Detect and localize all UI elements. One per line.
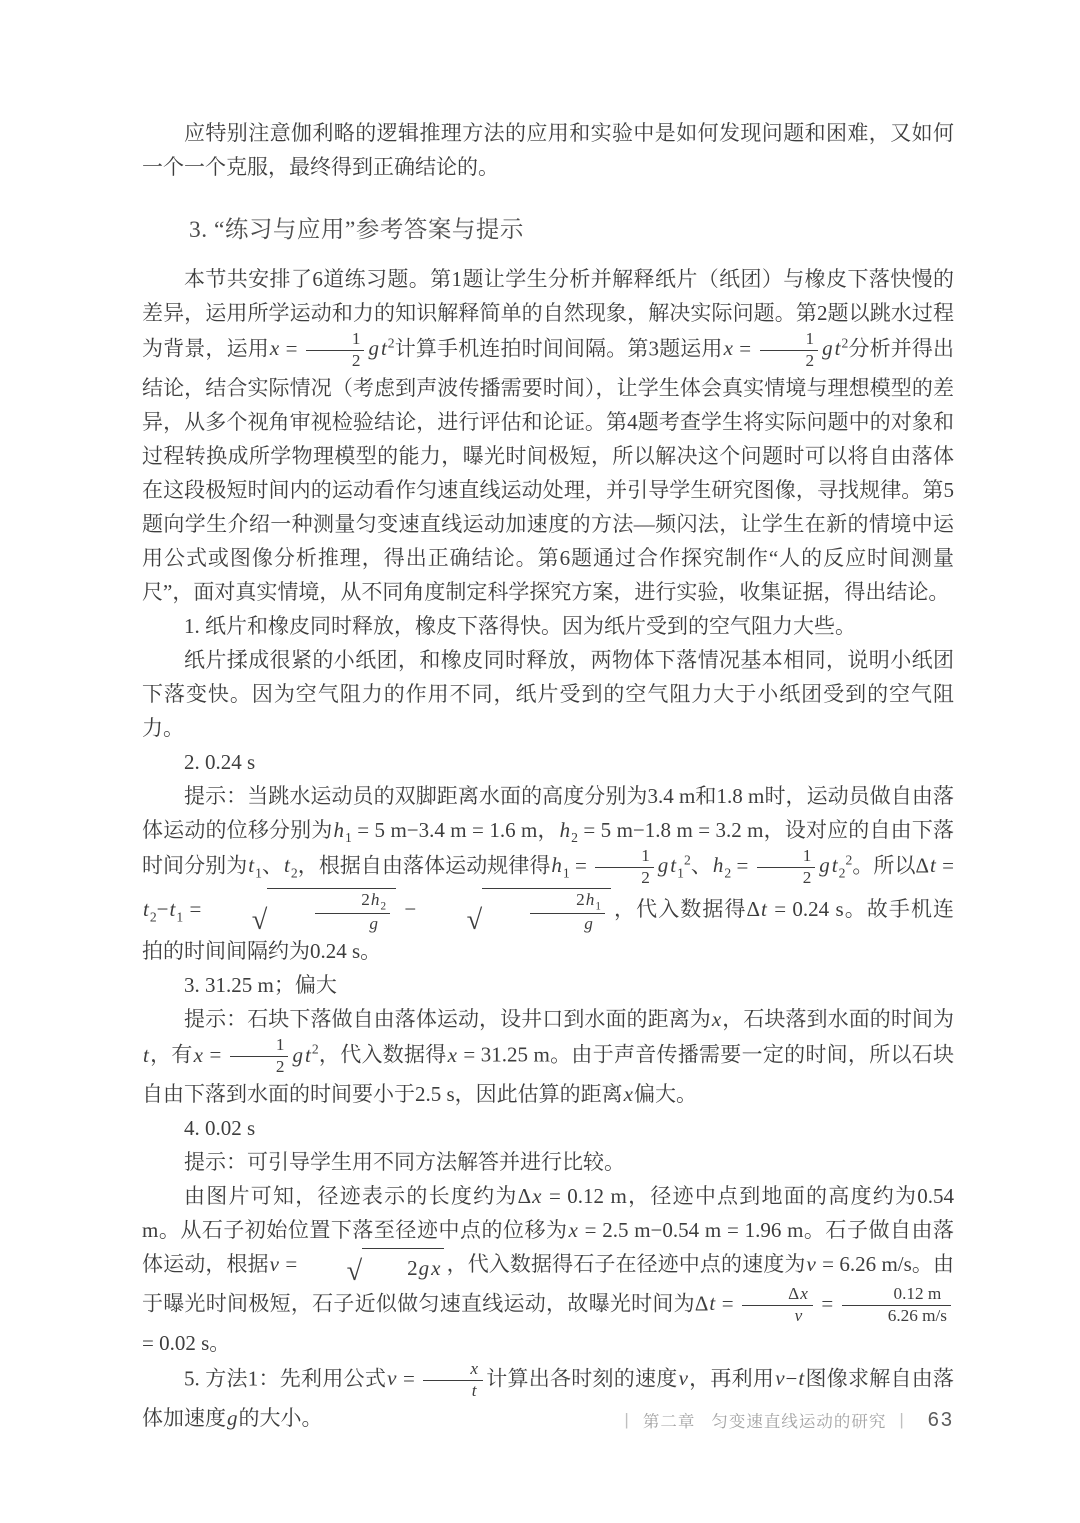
para-answer-3-hint: 提示：石块下落做自由落体运动，设井口到水面的距离为x，石块落到水面的时间为t，有… [142, 1002, 954, 1111]
math-variable: x [469, 1359, 479, 1378]
math-subscript: 1 [255, 865, 262, 880]
footer-chapter-label: 第二章 [643, 1408, 696, 1432]
math-variable: h [559, 818, 572, 842]
math-fraction: 12 [595, 847, 654, 888]
math-variable: x [723, 336, 734, 360]
answer-4: 4. 0.02 s [142, 1111, 954, 1145]
math-superscript: 2 [845, 852, 852, 867]
math-variable: t [380, 336, 388, 360]
math-subscript: 1 [563, 865, 570, 880]
answer-2: 2. 0.24 s [142, 745, 954, 779]
math-variable: h [585, 890, 596, 909]
math-variable: x [430, 1256, 441, 1280]
math-subscript: 2 [839, 865, 846, 880]
math-variable: t [142, 897, 150, 921]
math-variable: x [447, 1043, 458, 1067]
math-subscript: 1 [345, 830, 352, 845]
math-variable: x [711, 1007, 722, 1031]
math-variable: t [929, 853, 937, 877]
math-variable: t [834, 336, 842, 360]
math-variable: x [568, 1218, 579, 1242]
math-sqrt: √2h2g [210, 888, 396, 935]
para-exercise-overview: 本节共安排了6道练习题。第1题让学生分析并解释纸片（纸团）与橡皮下落快慢的差异，… [142, 262, 954, 609]
radical-sign-icon: √ [210, 889, 268, 936]
math-variable: v [678, 1366, 689, 1390]
math-variable: h [712, 853, 725, 877]
math-fraction: 2h1g [530, 891, 605, 935]
math-variable: x [193, 1043, 204, 1067]
math-subscript: 2 [380, 900, 386, 912]
math-fraction: xt [423, 1360, 483, 1401]
math-variable: g [418, 1256, 431, 1280]
math-variable: h [550, 853, 563, 877]
math-variable: h [333, 818, 346, 842]
math-variable: g [583, 914, 594, 933]
math-variable: v [386, 1366, 397, 1390]
footer-page-number: 63 [928, 1409, 954, 1432]
math-fraction: Δxv [742, 1285, 813, 1326]
math-variable: x [799, 1284, 809, 1303]
math-variable: t [304, 1043, 312, 1067]
math-fraction: 12 [230, 1036, 289, 1077]
para-answer-2-hint: 提示：当跳水运动员的双脚距离水面的高度分别为3.4 m和1.8 m时，运动员做自… [142, 779, 954, 968]
math-sqrt: √2h1g [425, 888, 611, 935]
heading-practice-answers: 3. “练习与应用”参考答案与提示 [142, 214, 954, 246]
textbook-page: 应特别注意伽利略的逻辑推理方法的应用和实验中是如何发现问题和困难，又如何一个一个… [0, 0, 1080, 1523]
math-variable: x [623, 1082, 634, 1106]
math-superscript: 2 [312, 1042, 319, 1057]
para-answer-1-detail: 纸片揉成很紧的小纸团，和橡皮同时释放，两物体下落情况基本相同，说明小纸团下落变快… [142, 643, 954, 745]
math-variable: t [708, 1291, 716, 1315]
math-variable: t [797, 1366, 805, 1390]
math-variable: t [247, 853, 255, 877]
radical-sign-icon: √ [305, 1249, 363, 1286]
math-variable: t [471, 1381, 478, 1400]
answer-3: 3. 31.25 m；偏大 [142, 968, 954, 1002]
math-variable: g [657, 853, 670, 877]
footer-chapter-title: 匀变速直线运动的研究 [711, 1408, 886, 1432]
math-subscript: 2 [724, 865, 731, 880]
math-variable: x [531, 1184, 542, 1208]
math-variable: g [821, 336, 834, 360]
footer-divider-right: | [886, 1410, 917, 1430]
math-variable: g [226, 1406, 239, 1430]
math-variable: t [142, 1043, 150, 1067]
math-fraction: 0.12 m6.26 m/s [842, 1285, 951, 1326]
math-variable: g [367, 336, 380, 360]
math-fraction: 12 [757, 847, 816, 888]
math-variable: t [669, 853, 677, 877]
para-answer-4-detail: 由图片可知，径迹表示的长度约为Δx = 0.12 m，径迹中点到地面的高度约为0… [142, 1179, 954, 1360]
math-variable: g [291, 1043, 304, 1067]
math-subscript: 1 [176, 909, 183, 924]
answer-1: 1. 纸片和橡皮同时释放，橡皮下落得快。因为纸片受到的空气阻力大些。 [142, 609, 954, 643]
math-variable: t [831, 853, 839, 877]
math-sqrt: √2gx [305, 1248, 445, 1285]
math-superscript: 2 [388, 335, 395, 350]
math-subscript: 1 [677, 865, 684, 880]
math-subscript: 2 [150, 909, 157, 924]
math-variable: v [269, 1252, 280, 1276]
math-variable: x [269, 336, 280, 360]
math-fraction: 2h2g [315, 891, 390, 935]
math-variable: v [774, 1366, 785, 1390]
footer-divider-left: | [611, 1410, 642, 1430]
math-superscript: 2 [842, 335, 849, 350]
math-variable: t [760, 897, 768, 921]
math-variable: g [818, 853, 831, 877]
math-subscript: 1 [595, 900, 601, 912]
para-answer-4-hint: 提示：可引导学生用不同方法解答并进行比较。 [142, 1145, 954, 1179]
math-variable: t [283, 853, 291, 877]
math-superscript: 2 [684, 852, 691, 867]
math-variable: h [370, 890, 381, 909]
page-footer: | 第二章 匀变速直线运动的研究 | 63 [611, 1408, 954, 1432]
math-fraction: 12 [306, 330, 365, 371]
radical-sign-icon: √ [425, 889, 483, 936]
math-fraction: 12 [760, 330, 819, 371]
math-variable: v [794, 1306, 804, 1325]
math-subscript: 2 [291, 865, 298, 880]
para-intro-galileo: 应特别注意伽利略的逻辑推理方法的应用和实验中是如何发现问题和困难，又如何一个一个… [142, 116, 954, 184]
page-content: 应特别注意伽利略的逻辑推理方法的应用和实验中是如何发现问题和困难，又如何一个一个… [142, 116, 954, 1435]
math-variable: v [805, 1252, 816, 1276]
math-variable: g [368, 914, 379, 933]
math-subscript: 2 [571, 830, 578, 845]
